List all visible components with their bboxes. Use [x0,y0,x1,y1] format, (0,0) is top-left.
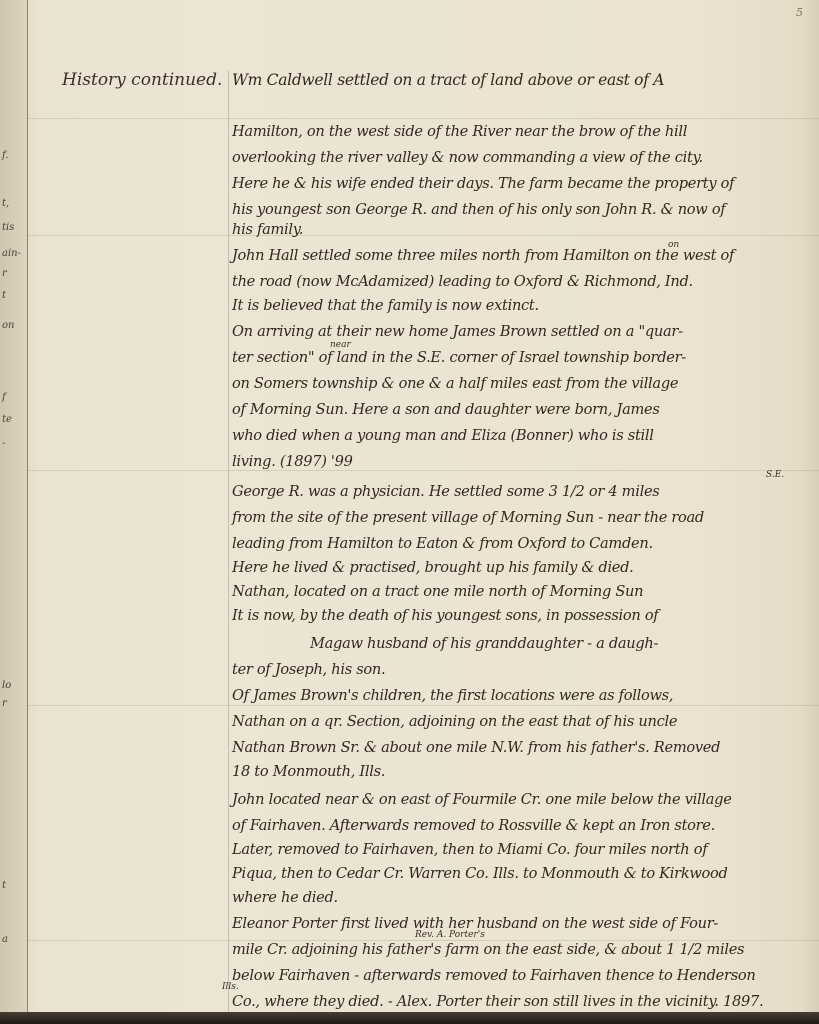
left-page-fragment: te [2,414,12,425]
text-line: the road (now McAdamized) leading to Oxf… [232,272,813,292]
left-page-fragment: tis [2,222,14,233]
interlinear-note: Ills. [222,982,239,992]
margin-heading: History continued. [62,70,222,90]
text-line: living. (1897) '99 [232,452,813,472]
text-line: It is believed that the family is now ex… [232,296,813,316]
text-line: John located near & on east of Fourmile … [232,790,813,810]
text-line: on Somers township & one & a half miles … [232,374,813,394]
left-page-fragment: a [2,934,8,945]
text-line: leading from Hamilton to Eaton & from Ox… [232,534,813,554]
left-page-fragment: lo [2,680,11,691]
left-page-fragment: t [2,880,6,891]
text-line: below Fairhaven - afterwards removed to … [232,966,813,986]
left-page-fragment: f [2,392,6,403]
notebook-page: 5 f. t, tis ain- r t on f te - lo r t a … [0,0,819,1012]
text-line: John Hall settled some three miles north… [232,246,813,266]
text-line: Nathan Brown Sr. & about one mile N.W. f… [232,738,813,758]
text-line: from the site of the present village of … [232,508,813,528]
text-line: 18 to Monmouth, Ills. [232,762,813,782]
text-line: Wm Caldwell settled on a tract of land a… [232,70,813,90]
text-line: of Fairhaven. Afterwards removed to Ross… [232,816,813,836]
text-line: Nathan, located on a tract one mile nort… [232,582,813,602]
text-line: Magaw husband of his granddaughter - a d… [310,634,813,654]
ruled-line [27,118,819,119]
left-page-fragment: t, [2,198,9,209]
text-line: ter of Joseph, his son. [232,660,813,680]
text-line: Nathan on a qr. Section, adjoining on th… [232,712,813,732]
text-line: who died when a young man and Eliza (Bon… [232,426,813,446]
text-line: On arriving at their new home James Brow… [232,322,813,342]
text-line: Co., where they died. - Alex. Porter the… [232,992,813,1012]
text-line: Piqua, then to Cedar Cr. Warren Co. Ills… [232,864,813,884]
text-line: mile Cr. adjoining his father's farm on … [232,940,813,960]
left-page-fragment: r [2,698,7,709]
text-line: It is now, by the death of his youngest … [232,606,813,626]
text-line: his family. [232,220,813,240]
text-line: his youngest son George R. and then of h… [232,200,813,220]
text-line: Hamilton, on the west side of the River … [232,122,813,142]
text-line: where he died. [232,888,813,908]
text-line: Later, removed to Fairhaven, then to Mia… [232,840,813,860]
interlinear-note: S.E. [766,470,784,480]
text-line: Eleanor Porter first lived with her husb… [232,914,813,934]
left-page-fragment: t [2,290,6,301]
left-page-fragment: r [2,268,7,279]
interlinear-note: Rev. A. Porter's [415,930,485,940]
text-line: ter section" of land in the S.E. corner … [232,348,813,368]
left-page-fragment: - [2,438,5,449]
interlinear-note: near [330,340,351,350]
text-line: Here he lived & practised, brought up hi… [232,558,813,578]
text-line: Of James Brown's children, the first loc… [232,686,813,706]
text-line: Here he & his wife ended their days. The… [232,174,813,194]
page-number: 5 [796,6,803,19]
margin-rule [228,70,229,1012]
book-bottom-edge [0,1012,819,1024]
interlinear-note: on [668,240,679,250]
left-page-fragment: ain- [2,248,21,259]
text-line: overlooking the river valley & now comma… [232,148,813,168]
text-line: of Morning Sun. Here a son and daughter … [232,400,813,420]
text-line: George R. was a physician. He settled so… [232,482,813,502]
left-page-fragment: on [2,320,14,331]
left-page-fragment: f. [2,150,9,161]
